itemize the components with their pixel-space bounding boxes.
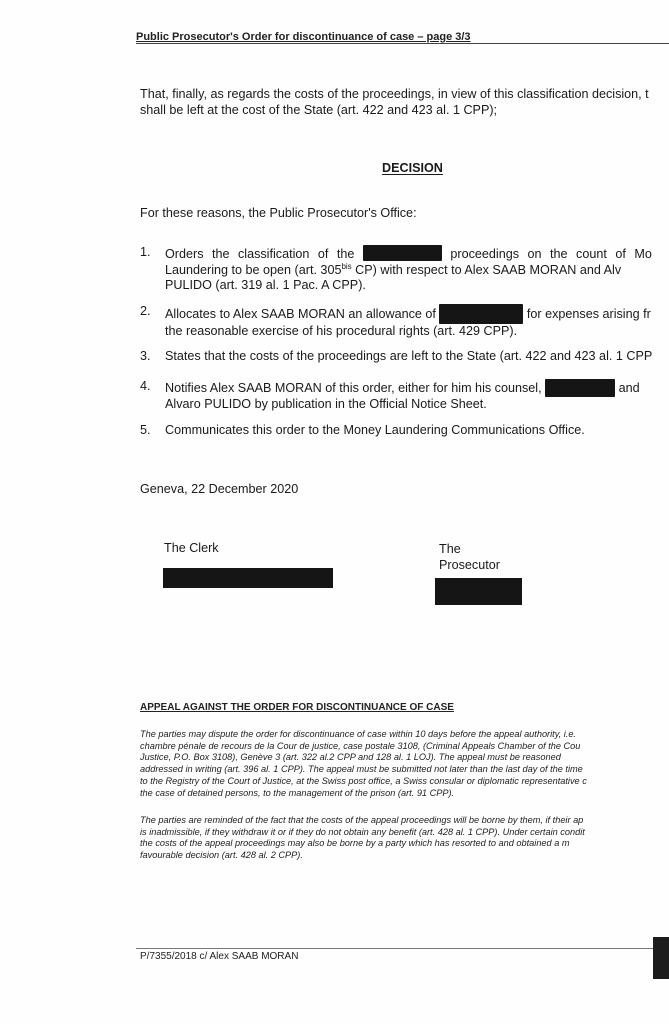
intro-paragraph: That, finally, as regards the costs of t… — [140, 87, 669, 118]
decision-heading: DECISION — [382, 161, 443, 175]
scan-edge-mark — [653, 937, 669, 979]
redaction-block — [439, 304, 523, 324]
decision-lead: For these reasons, the Public Prosecutor… — [140, 206, 669, 222]
prosecutor-label: The Prosecutor — [439, 542, 500, 573]
intro-line-1: That, finally, as regards the costs of t… — [140, 87, 669, 103]
item-number: 2. — [140, 304, 151, 320]
header-title: Public Prosecutor's Order for discontinu… — [136, 31, 471, 43]
clerk-signature-redaction — [163, 568, 333, 588]
place-date: Geneva, 22 December 2020 — [140, 482, 669, 498]
appeal-paragraph-2: The parties are reminded of the fact tha… — [140, 815, 669, 862]
header-rule — [136, 43, 669, 44]
item-number: 4. — [140, 379, 151, 395]
intro-line-2: shall be left at the cost of the State (… — [140, 103, 669, 119]
appeal-heading: APPEAL AGAINST THE ORDER FOR DISCONTINUA… — [140, 702, 454, 713]
footer-rule — [136, 948, 656, 949]
footer-case-reference: P/7355/2018 c/ Alex SAAB MORAN — [140, 951, 298, 962]
item-number: 1. — [140, 245, 151, 261]
redaction-block — [363, 245, 442, 261]
redaction-block — [545, 379, 615, 397]
item-number: 5. — [140, 423, 151, 439]
prosecutor-signature-redaction — [435, 578, 522, 605]
page-header: Public Prosecutor's Order for discontinu… — [136, 31, 669, 43]
item-number: 3. — [140, 349, 151, 365]
clerk-label: The Clerk — [164, 541, 219, 557]
appeal-paragraph-1: The parties may dispute the order for di… — [140, 729, 669, 799]
document-page: Public Prosecutor's Order for discontinu… — [0, 0, 669, 1024]
